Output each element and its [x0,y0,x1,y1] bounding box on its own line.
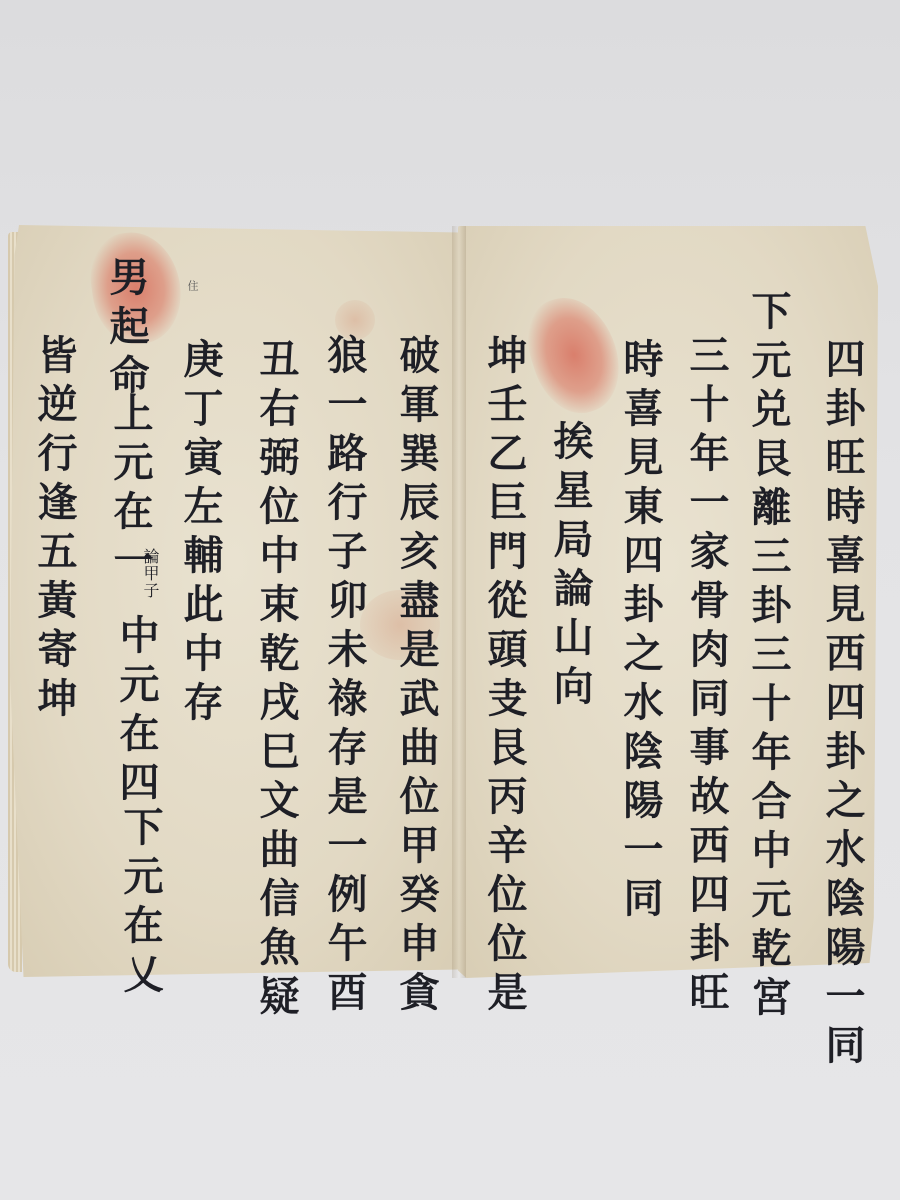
text-column: 時喜見東四卦之水陰陽一同 [620,338,660,926]
text-column: 三十年一家骨肉同事故西四卦旺 [686,334,726,1020]
heading-column: 挨星局論山向 [550,420,590,714]
text-column: 庚丁寅左輔此中存 [180,338,220,730]
text-column: 坤壬乙巨門從頭叏艮丙辛位位是 [484,334,524,1020]
text-column: 皆逆行逢五黃寄坤 [34,334,74,726]
text-column: 狼一路行子卯未祿存是一例午酉 [324,334,364,1020]
book-gutter [452,226,466,978]
lower-era-entry: 下元在乂 [120,806,160,1002]
middle-era-entry: 中元在四 [116,614,156,810]
male-origin-heading: 男起命 [106,256,146,403]
annotation-note: 論甲子 [142,548,158,599]
text-column: 破軍巽辰亥盡是武曲位甲癸申貪 [396,334,436,1020]
manuscript-photo: 四卦旺時喜見西四卦之水陰陽一同 下元兑艮離三卦三十年合中元乾宮 三十年一家骨肉同… [0,0,900,1200]
text-column: 丑右弼位中束乾戌巳文曲信魚疑 [256,338,296,1024]
text-column: 下元兑艮離三卦三十年合中元乾宮 [748,290,788,1025]
margin-mark: 住 [184,280,200,291]
text-column: 四卦旺時喜見西四卦之水陰陽一同 [822,338,862,1073]
